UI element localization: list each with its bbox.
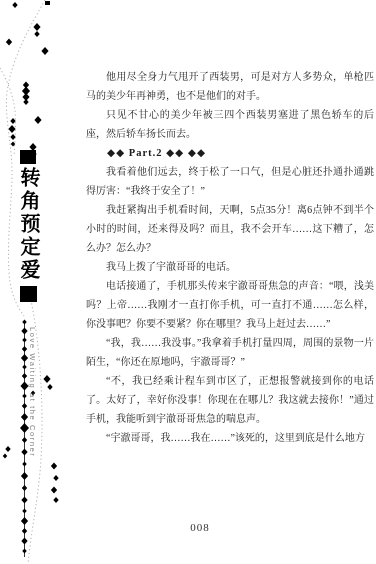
series-title: 转角预定爱: [17, 167, 39, 282]
main-text: 他用尽全身力气甩开了西装男，可是对方人多势众，单枪匹马的美少年再神勇，也不是他们…: [86, 68, 374, 448]
paragraph: 我赶紧掏出手机看时间，天啊，5点35分！离6点钟不到半个小时的时间，还来得及吗？…: [86, 201, 374, 258]
paragraph: 电话接通了，手机那头传来宇澈哥哥焦急的声音：“喂，浅美吗？上帝……我刚才一直打你…: [86, 277, 374, 334]
series-title-block: 转角预定爱: [17, 150, 39, 302]
section-header: ◆◆ Part.2 ◆◆ ◆◆: [86, 144, 374, 163]
square-ornament-top: [20, 150, 36, 164]
paragraph: “我，我……我没事。”我拿着手机打量四周，周围的景物一片陌生，“你还在原地吗，宇…: [86, 334, 374, 372]
paragraph: “不，我已经乘计程车到市区了，正想报警就接到你的电话了。太好了，幸好你没事！你现…: [86, 372, 374, 429]
diamond-icons-upper: [6, 2, 49, 157]
page-number: 008: [24, 522, 376, 534]
paragraph: “宇澈哥哥，我……我在……”该死的，这里到底是什么地方: [86, 429, 374, 448]
paragraph: 只见不甘心的美少年被三四个西装男塞进了黑色轿车的后座，然后轿车扬长而去。: [86, 106, 374, 144]
paragraph: 我看着他们远去，终于松了一口气，但是心脏还扑通扑通跳得厉害：“我终于安全了！”: [86, 163, 374, 201]
book-page: 转角预定爱 Love Waiting at the Corner 他用尽全身力气…: [0, 0, 376, 564]
square-ornament-corner: [45, 1, 50, 5]
square-ornament-bottom: [20, 286, 37, 302]
margin-decoration: [0, 0, 90, 564]
paragraph: 我马上拨了宇澈哥哥的电话。: [86, 258, 374, 277]
paragraph: 他用尽全身力气甩开了西装男，可是对方人多势众，单枪匹马的美少年再神勇，也不是他们…: [86, 68, 374, 106]
series-title-english: Love Waiting at the Corner: [28, 327, 37, 458]
